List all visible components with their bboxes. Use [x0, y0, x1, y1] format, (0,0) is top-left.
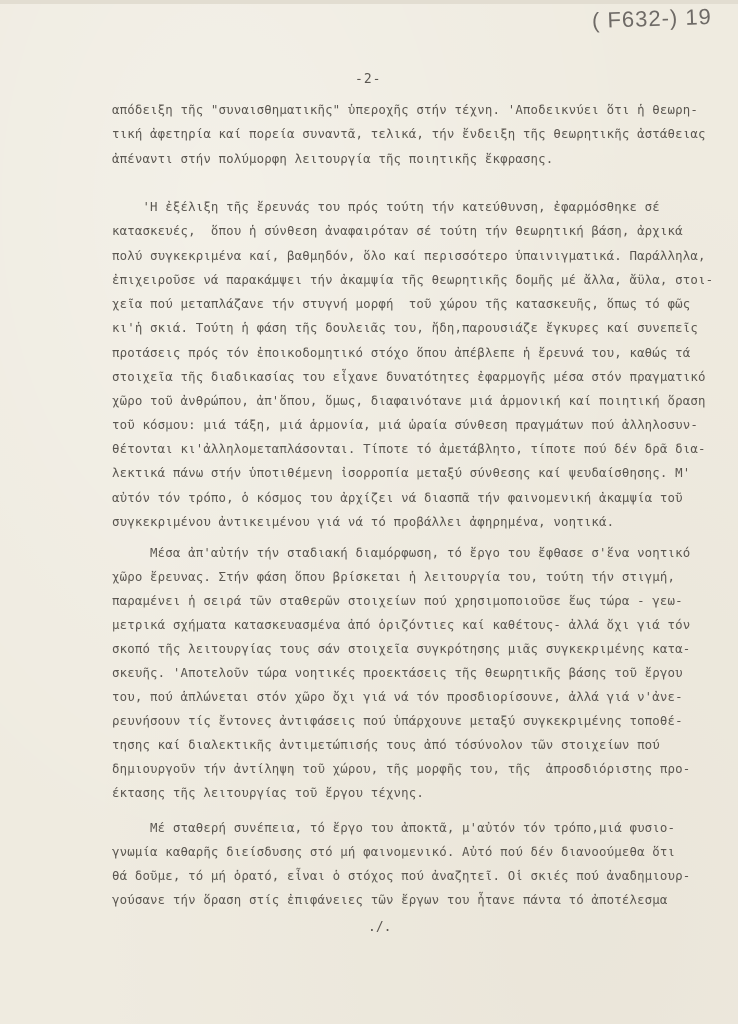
- text-line: χεῖα πού μεταπλάζανε τήν στυγνή μορφή το…: [112, 296, 690, 311]
- scanned-page: ( F632-) 19 -2- απόδειξη τῆς "συναισθημα…: [0, 0, 738, 1024]
- text-line: μετρικά σχήματα κατασκευασμένα ἀπό ὁριζό…: [112, 617, 690, 632]
- text-line: σκευῆς. 'Αποτελοῦν τώρα νοητικές προεκτά…: [112, 665, 683, 680]
- text-line: χῶρο τοῦ ἀνθρώπου, ἀπ'ὅπου, ὅμως, διαφαι…: [112, 393, 706, 408]
- text-line: γνωμία καθαρῆς διείσδυσης στό μή φαινομε…: [112, 844, 675, 859]
- text-line: κατασκευές, ὅπου ἡ σύνθεση ἀναφαιρόταν σ…: [112, 223, 683, 238]
- text-line: χῶρο ἔρευνας. Στήν φάση ὅπου βρίσκεται ἡ…: [112, 569, 675, 584]
- text-line: κι'ἡ σκιά. Τούτη ἡ φάση τῆς δουλειᾶς του…: [112, 320, 698, 335]
- text-line: απόδειξη τῆς "συναισθηματικῆς" ὑπεροχῆς …: [112, 102, 698, 117]
- continuation-mark: ./.: [368, 920, 391, 935]
- text-line: τική ἀφετηρία καί πορεία συναντᾶ, τελικά…: [112, 126, 706, 141]
- page-number: -2-: [355, 72, 381, 87]
- text-line: παραμένει ἡ σειρά τῶν σταθερῶν στοιχείων…: [112, 593, 683, 608]
- text-line: θά δοῦμε, τό μή ὁρατό, εἶναι ὁ στόχος πο…: [112, 868, 690, 883]
- text-line: δημιουργοῦν τήν ἀντίληψη τοῦ χώρου, τῆς …: [112, 761, 690, 776]
- text-line: Μέσα ἀπ'αὐτήν τήν σταδιακή διαμόρφωση, τ…: [112, 545, 690, 560]
- text-line: ἐπιχειροῦσε νά παρακάμψει τήν ἀκαμψία τῆ…: [112, 272, 713, 287]
- text-line: λεκτικά πάνω στήν ὑποτιθέμενη ἰσορροπία …: [112, 465, 690, 480]
- text-line: τησης καί διαλεκτικῆς ἀντιμετώπισής τους…: [112, 737, 660, 752]
- text-line: σκοπό τῆς λειτουργίας τους σάν στοιχεῖα …: [112, 641, 690, 656]
- text-line: 'Η ἐξέλιξη τῆς ἔρευνάς του πρός τούτη τή…: [112, 199, 660, 214]
- text-line: πολύ συγκεκριμένα καί, βαθμηδόν, ὅλο καί…: [112, 248, 706, 263]
- page-top-edge: [0, 0, 738, 4]
- text-line: γούσανε τήν ὅραση στίς ἐπιφάνειες τῶν ἔρ…: [112, 892, 668, 907]
- text-line: θέτονται κι'ἀλληλομεταπλάσονται. Τίποτε …: [112, 441, 706, 456]
- text-line: στοιχεῖα τῆς διαδικασίας του εἶχανε δυνα…: [112, 369, 706, 384]
- text-line: προτάσεις πρός τόν ἐποικοδομητικό στόχο …: [112, 345, 690, 360]
- text-line: συγκεκριμένου ἀντικειμένου γιά νά τό προ…: [112, 514, 614, 529]
- text-line: αὐτόν τόν τρόπο, ὁ κόσμος του ἀρχίζει νά…: [112, 490, 683, 505]
- text-line: ἀπέναντι στήν πολύμορφη λειτουργία τῆς π…: [112, 151, 553, 166]
- text-line: του, πού ἁπλώνεται στόν χῶρο ὄχι γιά νά …: [112, 689, 683, 704]
- handwritten-archive-note: ( F632-) 19: [592, 4, 713, 34]
- text-line: Μέ σταθερή συνέπεια, τό ἔργο του ἀποκτᾶ,…: [112, 820, 675, 835]
- text-line: έκτασης τῆς λειτουργίας τοῦ ἔργου τέχνης…: [112, 785, 424, 800]
- text-line: τοῦ κόσμου: μιά τάξη, μιά ἁρμονία, μιά ὡ…: [112, 417, 698, 432]
- text-line: ρευνήσουν τίς ἔντονες ἀντιφάσεις πού ὑπά…: [112, 713, 683, 728]
